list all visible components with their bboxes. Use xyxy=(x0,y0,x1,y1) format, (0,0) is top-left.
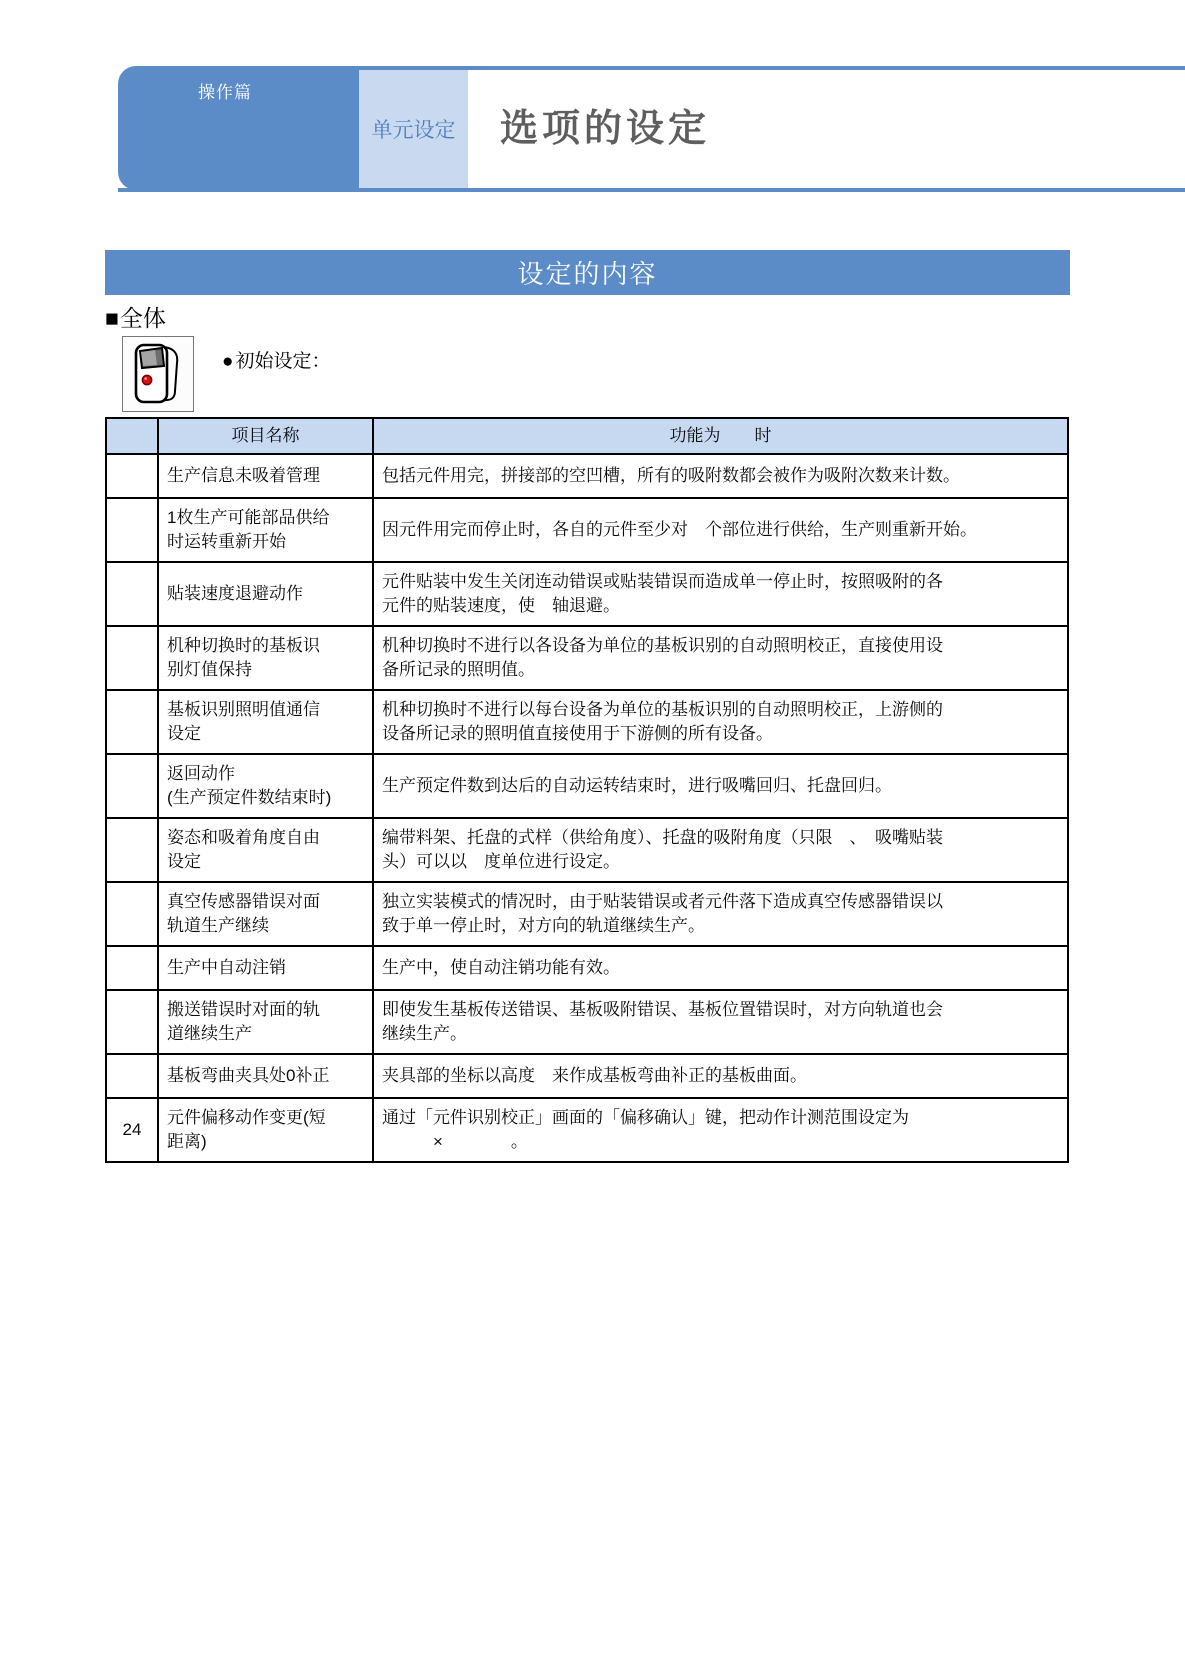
item-function: 生产预定件数到达后的自动运转结束时，进行吸嘴回归、托盘回归。 xyxy=(373,754,1068,818)
row-number xyxy=(106,690,158,754)
item-name: 生产信息未吸着管理 xyxy=(158,454,373,498)
section-heading-label: 全体 xyxy=(120,305,166,331)
item-name: 真空传感器错误对面 轨道生产继续 xyxy=(158,882,373,946)
item-name: 姿态和吸着角度自由 设定 xyxy=(158,818,373,882)
column-header-item-name: 项目名称 xyxy=(158,418,373,454)
row-number xyxy=(106,626,158,690)
row-number xyxy=(106,1054,158,1098)
table-row: 基板识别照明值通信 设定 机种切换时不进行以每台设备为单位的基板识别的自动照明校… xyxy=(106,690,1068,754)
table-row: 姿态和吸着角度自由 设定 编带料架、托盘的式样（供给角度）、托盘的吸附角度（只限… xyxy=(106,818,1068,882)
item-function: 编带料架、托盘的式样（供给角度）、托盘的吸附角度（只限 、 吸嘴贴装 头）可以以… xyxy=(373,818,1068,882)
item-function: 因元件用完而停止时，各自的元件至少对 个部位进行供给，生产则重新开始。 xyxy=(373,498,1068,562)
table-row: 真空传感器错误对面 轨道生产继续 独立实装模式的情况时，由于贴装错误或者元件落下… xyxy=(106,882,1068,946)
content-banner: 设定的内容 xyxy=(105,250,1070,295)
header-section-box: 操作篇 xyxy=(118,66,359,190)
row-number xyxy=(106,990,158,1054)
table-row: 生产信息未吸着管理 包括元件用完，拼接部的空凹槽，所有的吸附数都会被作为吸附次数… xyxy=(106,454,1068,498)
row-number xyxy=(106,562,158,626)
item-name: 机种切换时的基板识 别灯值保持 xyxy=(158,626,373,690)
item-function: 机种切换时不进行以各设备为单位的基板识别的自动照明校正，直接使用设 备所记录的照… xyxy=(373,626,1068,690)
manual-page: 操作篇 单元设定 选项的设定 设定的内容 ■全体 ●初始设定： 项目名称 功能为… xyxy=(0,0,1185,1675)
subsection-tab: 单元设定 xyxy=(359,70,468,188)
item-name: 1枚生产可能部品供给 时运转重新开始 xyxy=(158,498,373,562)
section-label: 操作篇 xyxy=(198,78,252,103)
row-number xyxy=(106,882,158,946)
settings-table-body: 生产信息未吸着管理 包括元件用完，拼接部的空凹槽，所有的吸附数都会被作为吸附次数… xyxy=(106,454,1068,1162)
page-title: 选项的设定 xyxy=(500,97,710,152)
item-name: 基板弯曲夹具处0补正 xyxy=(158,1054,373,1098)
machine-unit-icon xyxy=(122,336,194,412)
table-row: 机种切换时的基板识 别灯值保持 机种切换时不进行以各设备为单位的基板识别的自动照… xyxy=(106,626,1068,690)
table-row: 贴装速度退避动作 元件贴装中发生关闭连动错误或贴装错误而造成单一停止时，按照吸附… xyxy=(106,562,1068,626)
bullet-marker-icon: ● xyxy=(222,351,233,372)
settings-table: 项目名称 功能为 时 生产信息未吸着管理 包括元件用完，拼接部的空凹槽，所有的吸… xyxy=(105,417,1069,1163)
item-function: 包括元件用完，拼接部的空凹槽，所有的吸附数都会被作为吸附次数来计数。 xyxy=(373,454,1068,498)
header-top-rule xyxy=(357,66,1185,70)
machine-unit-glyph xyxy=(131,342,185,406)
item-name: 元件偏移动作变更(短 距离) xyxy=(158,1098,373,1162)
initial-setting-note: ●初始设定： xyxy=(222,346,331,373)
item-name: 搬送错误时对面的轨 道继续生产 xyxy=(158,990,373,1054)
square-marker-icon: ■ xyxy=(105,305,119,331)
item-name: 基板识别照明值通信 设定 xyxy=(158,690,373,754)
item-name: 贴装速度退避动作 xyxy=(158,562,373,626)
row-number: 24 xyxy=(106,1098,158,1162)
column-header-number xyxy=(106,418,158,454)
column-header-function: 功能为 时 xyxy=(373,418,1068,454)
item-function: 机种切换时不进行以每台设备为单位的基板识别的自动照明校正，上游侧的 设备所记录的… xyxy=(373,690,1068,754)
row-number xyxy=(106,498,158,562)
item-name: 生产中自动注销 xyxy=(158,946,373,990)
item-function: 元件贴装中发生关闭连动错误或贴装错误而造成单一停止时，按照吸附的各 元件的贴装速… xyxy=(373,562,1068,626)
item-function: 独立实装模式的情况时，由于贴装错误或者元件落下造成真空传感器错误以 致于单一停止… xyxy=(373,882,1068,946)
table-row: 返回动作 (生产预定件数结束时) 生产预定件数到达后的自动运转结束时，进行吸嘴回… xyxy=(106,754,1068,818)
item-function: 生产中，使自动注销功能有效。 xyxy=(373,946,1068,990)
table-row: 24 元件偏移动作变更(短 距离) 通过「元件识别校正」画面的「偏移确认」键，把… xyxy=(106,1098,1068,1162)
item-function: 通过「元件识别校正」画面的「偏移确认」键，把动作计测范围设定为 × 。 xyxy=(373,1098,1068,1162)
item-function: 即使发生基板传送错误、基板吸附错误、基板位置错误时，对方向轨道也会 继续生产。 xyxy=(373,990,1068,1054)
section-heading: ■全体 xyxy=(105,300,166,333)
row-number xyxy=(106,454,158,498)
table-row: 基板弯曲夹具处0补正 夹具部的坐标以高度 来作成基板弯曲补正的基板曲面。 xyxy=(106,1054,1068,1098)
row-number xyxy=(106,946,158,990)
row-number xyxy=(106,754,158,818)
item-name: 返回动作 (生产预定件数结束时) xyxy=(158,754,373,818)
table-row: 1枚生产可能部品供给 时运转重新开始 因元件用完而停止时，各自的元件至少对 个部… xyxy=(106,498,1068,562)
table-header-row: 项目名称 功能为 时 xyxy=(106,418,1068,454)
item-function: 夹具部的坐标以高度 来作成基板弯曲补正的基板曲面。 xyxy=(373,1054,1068,1098)
table-row: 搬送错误时对面的轨 道继续生产 即使发生基板传送错误、基板吸附错误、基板位置错误… xyxy=(106,990,1068,1054)
initial-setting-text: 初始设定： xyxy=(235,351,330,372)
table-row: 生产中自动注销 生产中，使自动注销功能有效。 xyxy=(106,946,1068,990)
row-number xyxy=(106,818,158,882)
